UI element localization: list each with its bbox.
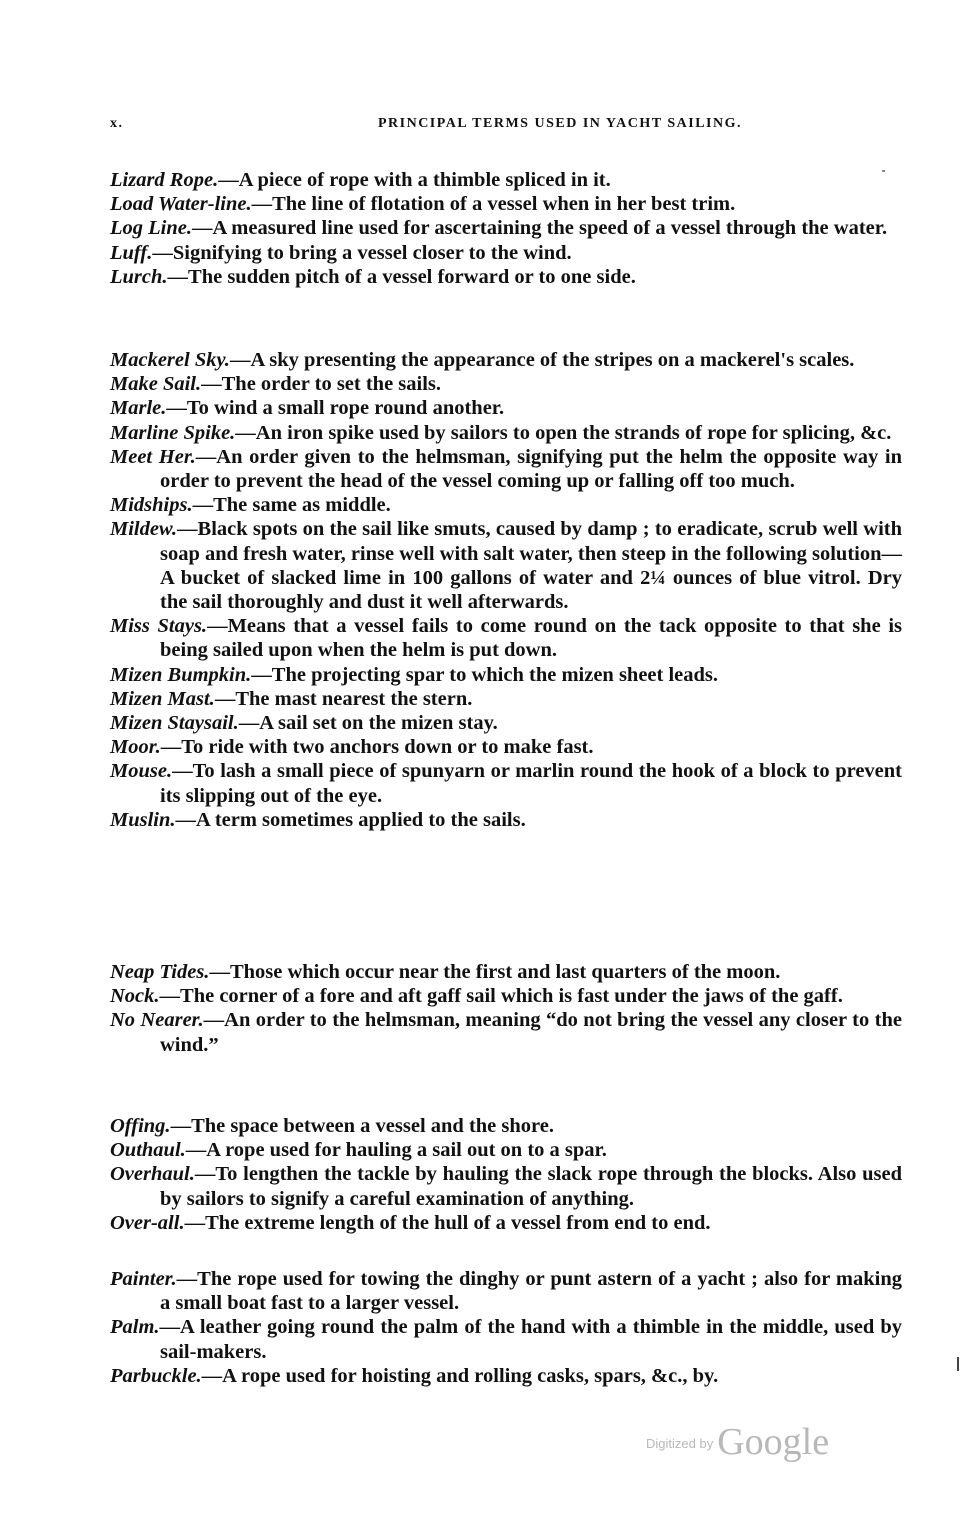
glossary-entry: Palm.—A leather going round the palm of … — [110, 1315, 902, 1363]
entry-definition: —To lengthen the tackle by hauling the s… — [160, 1163, 902, 1209]
entry-term: Make Sail. — [110, 373, 201, 395]
entry-term: Muslin. — [110, 809, 176, 831]
entry-term: Mizen Bumpkin. — [110, 664, 251, 686]
watermark-prefix: Digitized by — [646, 1436, 713, 1451]
entry-definition: —A leather going round the palm of the h… — [160, 1316, 902, 1362]
glossary-entry: Mouse.—To lash a small piece of spunyarn… — [110, 759, 902, 807]
entry-term: Marle. — [110, 397, 166, 419]
entry-term: Mizen Mast. — [110, 688, 215, 710]
watermark-brand: Google — [717, 1421, 829, 1463]
entry-term: Load Water-line. — [110, 193, 252, 215]
entry-definition: —A measured line used for ascertaining t… — [192, 217, 887, 239]
entry-definition: —A sky presenting the appearance of the … — [230, 349, 854, 371]
section-m: Mackerel Sky.—A sky presenting the appea… — [110, 348, 902, 832]
glossary-entry: Marle.—To wind a small rope round anothe… — [110, 396, 902, 420]
entry-term: Mackerel Sky. — [110, 349, 230, 371]
digitized-by-google-watermark: Digitized byGoogle — [646, 1420, 829, 1464]
entry-definition: —Black spots on the sail like smuts, cau… — [160, 518, 902, 613]
glossary-entry: Mizen Bumpkin.—The projecting spar to wh… — [110, 663, 902, 687]
glossary-entry: Meet Her.—An order given to the helmsman… — [110, 445, 902, 493]
entry-definition: —To ride with two anchors down or to mak… — [161, 736, 594, 758]
entry-definition: —An iron spike used by sailors to open t… — [235, 422, 891, 444]
entry-term: Luff. — [110, 242, 152, 264]
entry-definition: —A rope used for hoisting and rolling ca… — [202, 1365, 719, 1387]
entry-definition: —The same as middle. — [193, 494, 391, 516]
glossary-entry: Offing.—The space between a vessel and t… — [110, 1114, 902, 1138]
entry-definition: —To lash a small piece of spunyarn or ma… — [160, 760, 902, 806]
entry-term: Lizard Rope. — [110, 169, 218, 191]
entry-definition: —To wind a small rope round another. — [166, 397, 504, 419]
entry-definition: —An order given to the helmsman, signify… — [160, 446, 902, 492]
entry-definition: —The corner of a fore and aft gaff sail … — [160, 985, 843, 1007]
glossary-entry: Log Line.—A measured line used for ascer… — [110, 216, 902, 240]
glossary-entry: Moor.—To ride with two anchors down or t… — [110, 735, 902, 759]
scan-edge-mark — [957, 1357, 959, 1371]
glossary-entry: Mackerel Sky.—A sky presenting the appea… — [110, 348, 902, 372]
glossary-entry: Parbuckle.—A rope used for hoisting and … — [110, 1364, 902, 1388]
entry-definition: —The sudden pitch of a vessel forward or… — [168, 266, 636, 288]
section-l: Lizard Rope.—A piece of rope with a thim… — [110, 168, 902, 289]
glossary-entry: Midships.—The same as middle. — [110, 493, 902, 517]
entry-term: Mildew. — [110, 518, 177, 540]
section-p: Painter.—The rope used for towing the di… — [110, 1267, 902, 1388]
glossary-entry: Nock.—The corner of a fore and aft gaff … — [110, 984, 902, 1008]
entry-term: Over-all. — [110, 1212, 185, 1234]
entry-term: Meet Her. — [110, 446, 196, 468]
glossary-entry: Load Water-line.—The line of flotation o… — [110, 192, 902, 216]
book-page: x. PRINCIPAL TERMS USED IN YACHT SAILING… — [0, 0, 963, 1528]
entry-term: Parbuckle. — [110, 1365, 202, 1387]
running-title: PRINCIPAL TERMS USED IN YACHT SAILING. — [280, 116, 840, 132]
entry-definition: —The projecting spar to which the mizen … — [251, 664, 718, 686]
glossary-entry: No Nearer.—An order to the helmsman, mea… — [110, 1008, 902, 1056]
glossary-entry: Mildew.—Black spots on the sail like smu… — [110, 517, 902, 614]
page-number: x. — [110, 116, 124, 132]
entry-definition: —A term sometimes applied to the sails. — [176, 809, 526, 831]
entry-term: Neap Tides. — [110, 961, 209, 983]
entry-definition: —Those which occur near the first and la… — [209, 961, 780, 983]
entry-term: No Nearer. — [110, 1009, 204, 1031]
entry-definition: —The rope used for towing the dinghy or … — [160, 1268, 902, 1314]
entry-term: Nock. — [110, 985, 160, 1007]
glossary-entry: Outhaul.—A rope used for hauling a sail … — [110, 1138, 902, 1162]
section-n: Neap Tides.—Those which occur near the f… — [110, 960, 902, 1057]
entry-definition: —An order to the helmsman, meaning “do n… — [160, 1009, 902, 1055]
entry-term: Marline Spike. — [110, 422, 235, 444]
entry-definition: —Signifying to bring a vessel closer to … — [152, 242, 571, 264]
glossary-entry: Lurch.—The sudden pitch of a vessel forw… — [110, 265, 902, 289]
entry-term: Lurch. — [110, 266, 168, 288]
entry-term: Painter. — [110, 1268, 177, 1290]
running-head: x. PRINCIPAL TERMS USED IN YACHT SAILING… — [110, 116, 900, 140]
entry-term: Mizen Staysail. — [110, 712, 239, 734]
section-o: Offing.—The space between a vessel and t… — [110, 1114, 902, 1235]
entry-term: Log Line. — [110, 217, 192, 239]
entry-term: Offing. — [110, 1115, 171, 1137]
glossary-entry: Muslin.—A term sometimes applied to the … — [110, 808, 902, 832]
entry-definition: —The extreme length of the hull of a ves… — [185, 1212, 711, 1234]
entry-definition: —A sail set on the mizen stay. — [239, 712, 498, 734]
entry-definition: —The mast nearest the stern. — [215, 688, 473, 710]
entry-definition: —A rope used for hauling a sail out on t… — [186, 1139, 607, 1161]
glossary-entry: Overhaul.—To lengthen the tackle by haul… — [110, 1162, 902, 1210]
entry-definition: —A piece of rope with a thimble spliced … — [218, 169, 611, 191]
entry-definition: —The space between a vessel and the shor… — [171, 1115, 554, 1137]
glossary-entry: Mizen Mast.—The mast nearest the stern. — [110, 687, 902, 711]
entry-definition: —Means that a vessel fails to come round… — [160, 615, 902, 661]
entry-term: Miss Stays. — [110, 615, 207, 637]
glossary-entry: Painter.—The rope used for towing the di… — [110, 1267, 902, 1315]
glossary-entry: Marline Spike.—An iron spike used by sai… — [110, 421, 902, 445]
glossary-entry: Miss Stays.—Means that a vessel fails to… — [110, 614, 902, 662]
glossary-entry: Neap Tides.—Those which occur near the f… — [110, 960, 902, 984]
entry-definition: —The line of flotation of a vessel when … — [252, 193, 736, 215]
entry-term: Moor. — [110, 736, 161, 758]
entry-term: Palm. — [110, 1316, 160, 1338]
glossary-entry: Mizen Staysail.—A sail set on the mizen … — [110, 711, 902, 735]
entry-term: Outhaul. — [110, 1139, 186, 1161]
entry-term: Mouse. — [110, 760, 172, 782]
entry-term: Midships. — [110, 494, 193, 516]
glossary-entry: Lizard Rope.—A piece of rope with a thim… — [110, 168, 902, 192]
entry-term: Overhaul. — [110, 1163, 195, 1185]
glossary-entry: Make Sail.—The order to set the sails. — [110, 372, 902, 396]
glossary-entry: Over-all.—The extreme length of the hull… — [110, 1211, 902, 1235]
glossary-entry: Luff.—Signifying to bring a vessel close… — [110, 241, 902, 265]
entry-definition: —The order to set the sails. — [201, 373, 441, 395]
